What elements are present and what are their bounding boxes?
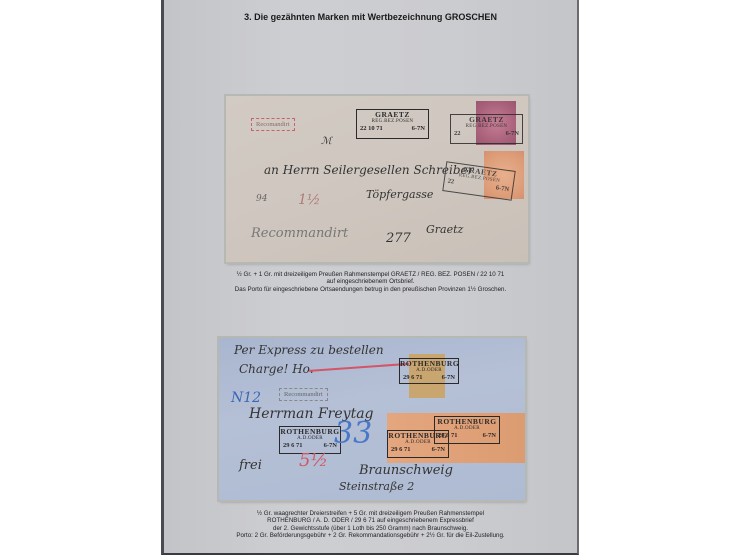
registered-label: Recommandirt bbox=[279, 388, 328, 401]
handwriting: ℳ bbox=[321, 136, 332, 147]
handwriting-red: 1½ bbox=[298, 192, 320, 208]
handwriting: 94 bbox=[256, 194, 267, 204]
postmark-on-strip-2: ROTHENBURG A.D.ODER 29 6 716-7N bbox=[434, 416, 500, 444]
album-page: 3. Die gezähnten Marken mit Wertbezeichn… bbox=[161, 0, 579, 555]
registered-label: Recomandirt bbox=[251, 118, 295, 131]
handwriting: Charge! Ho. bbox=[239, 362, 314, 376]
handwriting-red: 5½ bbox=[299, 450, 328, 471]
handwriting: Graetz bbox=[426, 223, 463, 236]
handwriting: Per Express zu bestellen bbox=[234, 343, 384, 357]
postmark-graetz: GRAETZ REG.BEZ.POSEN 22 10 716-7N bbox=[356, 109, 429, 139]
handwriting: frei bbox=[239, 458, 262, 473]
handwriting: Braunschweig bbox=[359, 463, 453, 478]
handwriting: Steinstraße 2 bbox=[339, 480, 414, 493]
handwriting: Töpfergasse bbox=[366, 188, 433, 201]
postmark-rothenburg: ROTHENBURG A.D.ODER 29 6 716-7N bbox=[399, 358, 459, 384]
handwriting-blue: N12 bbox=[231, 390, 261, 406]
cover-graetz: Recomandirt GRAETZ REG.BEZ.POSEN 22 10 7… bbox=[226, 96, 528, 262]
cover-rothenburg: Per Express zu bestellen Charge! Ho. Rec… bbox=[219, 338, 525, 500]
caption-graetz: ½ Gr. + 1 Gr. mit dreizeiligem Preußen R… bbox=[164, 271, 577, 293]
page-title: 3. Die gezähnten Marken mit Wertbezeichn… bbox=[164, 12, 577, 22]
caption-rothenburg: ½ Gr. waagrechter Dreierstreifen + 5 Gr.… bbox=[164, 510, 577, 540]
handwriting-address: an Herrn Seilergesellen Schreiber bbox=[264, 163, 473, 177]
handwriting: 277 bbox=[386, 231, 411, 246]
postmark-on-stamp: GRAETZ REG.BEZ.POSEN 226-7N bbox=[450, 114, 523, 144]
handwriting: Recommandirt bbox=[251, 226, 348, 241]
handwriting-blue: 33 bbox=[334, 416, 372, 451]
